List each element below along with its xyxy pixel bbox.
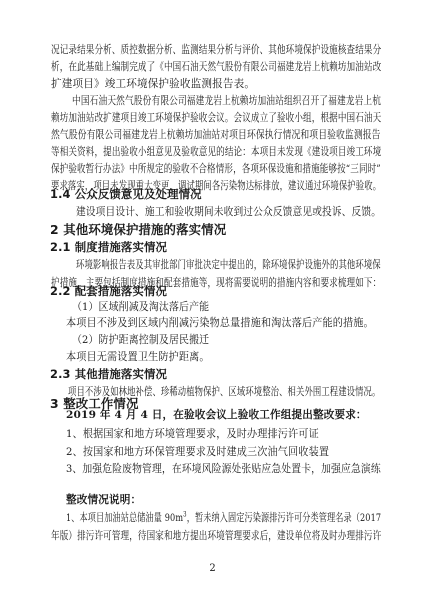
section-heading-2-1: 2.1 制度措施落实情况 <box>50 240 380 255</box>
section-heading-2-3: 2.3 其他措施落实情况 <box>50 367 380 382</box>
paragraph-line: 况记录结果分析、质控数据分析、监测结果分析与评价、其他环境保护设施核查结果分 <box>51 43 318 57</box>
note-text: 1、本项目加油站总储油量 90m <box>66 512 183 524</box>
rectification-requirement: 1、根据国家和地方环境管理要求，及时办理排污许可证 <box>66 427 381 441</box>
paragraph-line: 建设项目设计、施工和验收期间未收到过公众反馈意见或投诉、反馈。 <box>76 205 378 219</box>
section-heading-1-4: 1.4 公众反馈意见及处理情况 <box>50 187 380 202</box>
paragraph-line: 环境影响报告表及其审批部门审批决定中提出的，除环境保护设施外的其他环境保 <box>76 258 336 272</box>
section-heading-2: 2 其他环境保护措施的落实情况 <box>50 222 380 238</box>
paragraph-line: 析，在此基础上编制完成了《中国石油天然气股份有限公司福建龙岩上杭赖坊加油站改 <box>51 60 318 74</box>
paragraph-line: 等相关资料，提出验收小组意见及验收意见的结论：本项目未发现《建设项目竣工环境 <box>51 145 318 159</box>
rectification-note-title: 整改情况说明： <box>66 493 396 507</box>
document-page: 况记录结果分析、质控数据分析、监测结果分析与评价、其他环境保护设施核查结果分 析… <box>0 0 425 600</box>
paragraph-line: 扩建项目》竣工环境保护验收监测报告表。 <box>51 77 381 91</box>
rectification-intro: 2019 年 4 月 4 日，在验收会议上验收工作组提出整改要求： <box>66 408 396 422</box>
rectification-requirement: 3、加强危险废物管理，在环境风险源处张贴应急处置卡，加强应急演练 <box>66 462 372 476</box>
paragraph-line: 1、本项目加油站总储油量 90m3，暂未纳入固定污染源排污许可分类管理名录（20… <box>66 511 319 525</box>
paragraph-line: 年版）排污许可管理，待国家和地方提出环境管理要求后，建设单位将及时办理排污许 <box>51 529 318 543</box>
paragraph-line: 中国石油天然气股份有限公司福建龙岩上杭赖坊加油站组织召开了福建龙岩上杭 <box>72 94 326 108</box>
paragraph-line: 赖坊加油站改扩建项目竣工环境保护验收会议。会议成立了验收小组，根据中国石油天 <box>51 111 318 125</box>
note-text: ，暂未纳入固定污染源排污许可分类管理名录（2017 <box>187 512 381 524</box>
paragraph-line: 保护验收暂行办法》中所规定的验收不合格情形，各项环保设施和措施能够按“三同时” <box>51 162 317 176</box>
page-number: 2 <box>0 563 425 574</box>
list-item-title: （2）防护距离控制及居民搬迁 <box>72 333 381 347</box>
section-heading-2-2: 2.2 配套措施落实情况 <box>50 284 380 299</box>
paragraph-line: 本项目不涉及到区域内削减污染物总量措施和淘汰落后产能的措施。 <box>66 316 381 330</box>
paragraph-line: 然气股份有限公司福建龙岩上杭赖坊加油站对项目环保执行情况和项目验收监测报告 <box>51 128 325 142</box>
list-item-title: （1）区域削减及淘汰落后产能 <box>72 300 381 314</box>
paragraph-line: 本项目无需设置卫生防护距离。 <box>66 350 381 364</box>
rectification-requirement: 2、按国家和地方环保管理要求及时建成三次油气回收装置 <box>66 445 381 459</box>
